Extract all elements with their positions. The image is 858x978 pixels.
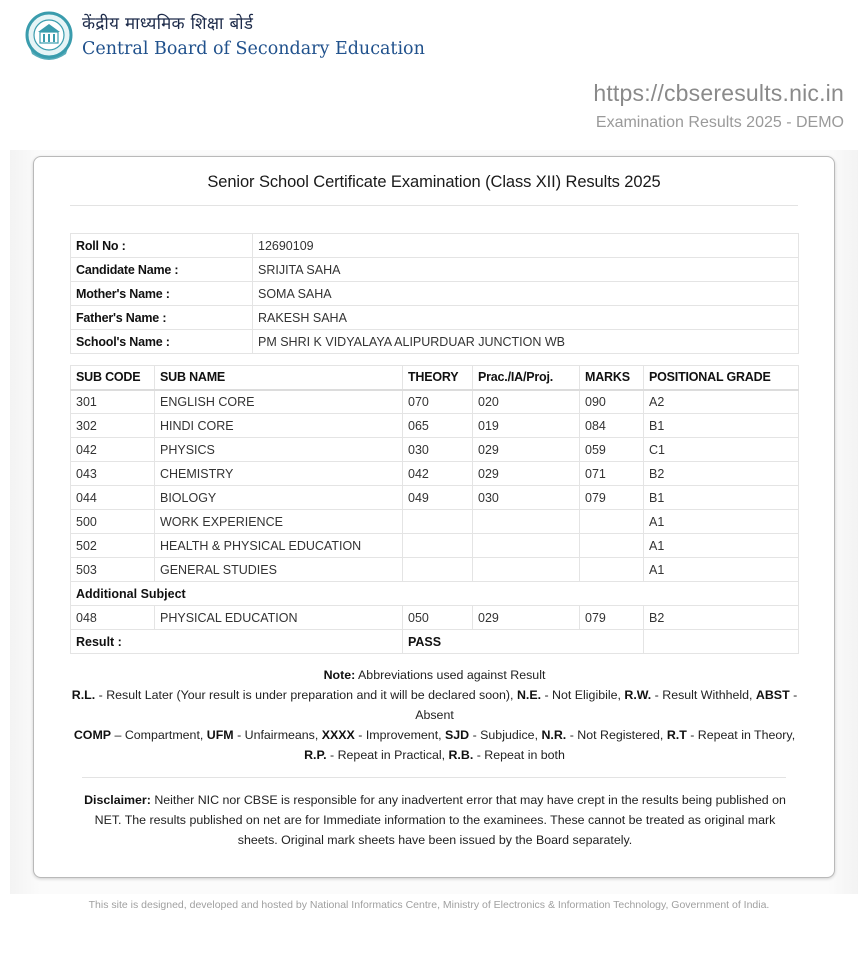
positional-grade: B1	[644, 486, 799, 510]
subject-row: 302HINDI CORE065019084B1	[71, 414, 799, 438]
disclaimer-heading: Disclaimer:	[84, 793, 151, 807]
theory-marks: 070	[403, 390, 473, 414]
abbreviations-note: Note: Abbreviations used against ResultR…	[70, 665, 799, 765]
brand-block: केंद्रीय माध्यमिक शिक्षा बोर्ड Central B…	[82, 12, 425, 61]
note-divider	[82, 777, 786, 778]
sub-code: 044	[71, 486, 155, 510]
theory-marks	[403, 534, 473, 558]
total-marks: 071	[580, 462, 644, 486]
practical-marks: 029	[473, 438, 580, 462]
total-marks: 090	[580, 390, 644, 414]
note-heading-text: Abbreviations used against Result	[355, 668, 545, 682]
marks-header-row: SUB CODE SUB NAME THEORY Prac./IA/Proj. …	[71, 366, 799, 390]
practical-marks	[473, 534, 580, 558]
sub-name: PHYSICS	[155, 438, 403, 462]
brand-name-hindi: केंद्रीय माध्यमिक शिक्षा बोर्ड	[82, 12, 425, 36]
abbr-meaning: - Repeat in Practical,	[327, 748, 449, 762]
sub-name: WORK EXPERIENCE	[155, 510, 403, 534]
subject-row: 503GENERAL STUDIESA1	[71, 558, 799, 582]
note-line: COMP – Compartment, UFM - Unfairmeans, X…	[70, 725, 799, 765]
header-grade: POSITIONAL GRADE	[644, 366, 799, 390]
total-marks: 084	[580, 414, 644, 438]
cbse-emblem-icon[interactable]	[24, 10, 74, 64]
sub-code: 301	[71, 390, 155, 414]
practical-marks: 019	[473, 414, 580, 438]
additional-subject-label: Additional Subject	[71, 582, 799, 606]
theory-marks: 042	[403, 462, 473, 486]
theory-marks: 065	[403, 414, 473, 438]
abbr-meaning: - Improvement,	[355, 728, 445, 742]
header-theory: THEORY	[403, 366, 473, 390]
subject-row: 043CHEMISTRY042029071B2	[71, 462, 799, 486]
subject-row: 048PHYSICAL EDUCATION050029079B2	[71, 606, 799, 630]
sub-name: CHEMISTRY	[155, 462, 403, 486]
sub-name: HINDI CORE	[155, 414, 403, 438]
practical-marks: 029	[473, 462, 580, 486]
candidate-info-table: Roll No :12690109Candidate Name :SRIJITA…	[70, 233, 799, 354]
additional-subject-row: Additional Subject	[71, 582, 799, 606]
positional-grade: A1	[644, 534, 799, 558]
total-marks: 079	[580, 606, 644, 630]
result-card: Senior School Certificate Examination (C…	[33, 156, 835, 878]
sub-name: PHYSICAL EDUCATION	[155, 606, 403, 630]
abbr-code: R.T	[667, 728, 687, 742]
note-heading: Note:	[324, 668, 356, 682]
positional-grade: B2	[644, 462, 799, 486]
positional-grade: B2	[644, 606, 799, 630]
practical-marks: 030	[473, 486, 580, 510]
site-footer: This site is designed, developed and hos…	[0, 899, 858, 911]
result-title: Senior School Certificate Examination (C…	[34, 173, 834, 192]
result-label: Result :	[71, 630, 403, 654]
note-line: R.L. - Result Later (Your result is unde…	[70, 685, 799, 725]
site-header: केंद्रीय माध्यमिक शिक्षा बोर्ड Central B…	[0, 0, 858, 150]
note-title: Note: Abbreviations used against Result	[70, 665, 799, 685]
abbr-code: COMP	[74, 728, 111, 742]
subject-row: 301ENGLISH CORE070020090A2	[71, 390, 799, 414]
info-label: Candidate Name :	[71, 258, 253, 282]
practical-marks	[473, 558, 580, 582]
sub-code: 048	[71, 606, 155, 630]
candidate-info-row: Mother's Name :SOMA SAHA	[71, 282, 799, 306]
header-marks: MARKS	[580, 366, 644, 390]
result-row: Result :PASS	[71, 630, 799, 654]
abbr-code: R.P.	[304, 748, 327, 762]
abbr-meaning: - Result Withheld,	[651, 688, 756, 702]
abbr-meaning: - Result Later (Your result is under pre…	[95, 688, 517, 702]
sub-code: 302	[71, 414, 155, 438]
abbr-code: ABST	[756, 688, 790, 702]
sub-code: 500	[71, 510, 155, 534]
sub-name: GENERAL STUDIES	[155, 558, 403, 582]
header-sub-code: SUB CODE	[71, 366, 155, 390]
theory-marks	[403, 558, 473, 582]
info-label: Mother's Name :	[71, 282, 253, 306]
brand-name-english: Central Board of Secondary Education	[82, 37, 425, 61]
info-label: Father's Name :	[71, 306, 253, 330]
abbr-meaning: - Repeat in Theory,	[687, 728, 795, 742]
header-practical: Prac./IA/Proj.	[473, 366, 580, 390]
abbr-meaning: - Not Registered,	[566, 728, 667, 742]
sub-code: 502	[71, 534, 155, 558]
abbr-code: N.R.	[541, 728, 566, 742]
result-status: PASS	[403, 630, 644, 654]
subject-row: 044BIOLOGY049030079B1	[71, 486, 799, 510]
disclaimer: Disclaimer: Neither NIC nor CBSE is resp…	[74, 790, 796, 850]
info-value: SOMA SAHA	[253, 282, 799, 306]
candidate-info-row: School's Name :PM SHRI K VIDYALAYA ALIPU…	[71, 330, 799, 354]
practical-marks: 020	[473, 390, 580, 414]
theory-marks: 049	[403, 486, 473, 510]
sub-code: 503	[71, 558, 155, 582]
positional-grade: C1	[644, 438, 799, 462]
subject-row: 500WORK EXPERIENCEA1	[71, 510, 799, 534]
theory-marks: 050	[403, 606, 473, 630]
subject-row: 502HEALTH & PHYSICAL EDUCATIONA1	[71, 534, 799, 558]
abbr-code: R.W.	[624, 688, 651, 702]
sub-name: BIOLOGY	[155, 486, 403, 510]
site-url: https://cbseresults.nic.in	[593, 80, 844, 107]
abbr-code: N.E.	[517, 688, 541, 702]
header-sub-name: SUB NAME	[155, 366, 403, 390]
abbr-meaning: - Unfairmeans,	[234, 728, 322, 742]
sub-code: 043	[71, 462, 155, 486]
disclaimer-text: Neither NIC nor CBSE is responsible for …	[95, 793, 786, 847]
subject-row: 042PHYSICS030029059C1	[71, 438, 799, 462]
positional-grade: A1	[644, 558, 799, 582]
title-divider	[70, 205, 798, 206]
sub-name: HEALTH & PHYSICAL EDUCATION	[155, 534, 403, 558]
abbr-meaning: - Repeat in both	[473, 748, 565, 762]
total-marks: 079	[580, 486, 644, 510]
abbr-code: UFM	[207, 728, 234, 742]
result-empty-cell	[644, 630, 799, 654]
candidate-info-row: Father's Name :RAKESH SAHA	[71, 306, 799, 330]
theory-marks	[403, 510, 473, 534]
sub-name: ENGLISH CORE	[155, 390, 403, 414]
total-marks	[580, 558, 644, 582]
practical-marks: 029	[473, 606, 580, 630]
info-label: School's Name :	[71, 330, 253, 354]
abbr-code: XXXX	[322, 728, 355, 742]
abbr-meaning: - Not Eligibile,	[541, 688, 624, 702]
total-marks: 059	[580, 438, 644, 462]
sub-code: 042	[71, 438, 155, 462]
info-value: SRIJITA SAHA	[253, 258, 799, 282]
abbr-meaning: - Subjudice,	[469, 728, 541, 742]
info-value: PM SHRI K VIDYALAYA ALIPURDUAR JUNCTION …	[253, 330, 799, 354]
positional-grade: A1	[644, 510, 799, 534]
info-value: 12690109	[253, 234, 799, 258]
total-marks	[580, 510, 644, 534]
site-subtitle: Examination Results 2025 - DEMO	[596, 114, 844, 132]
positional-grade: B1	[644, 414, 799, 438]
info-value: RAKESH SAHA	[253, 306, 799, 330]
abbr-code: R.L.	[72, 688, 95, 702]
positional-grade: A2	[644, 390, 799, 414]
candidate-info-row: Roll No :12690109	[71, 234, 799, 258]
total-marks	[580, 534, 644, 558]
info-label: Roll No :	[71, 234, 253, 258]
abbr-meaning: – Compartment,	[111, 728, 207, 742]
marks-table: SUB CODE SUB NAME THEORY Prac./IA/Proj. …	[70, 365, 799, 654]
theory-marks: 030	[403, 438, 473, 462]
abbr-code: SJD	[445, 728, 469, 742]
practical-marks	[473, 510, 580, 534]
abbr-code: R.B.	[448, 748, 473, 762]
candidate-info-row: Candidate Name :SRIJITA SAHA	[71, 258, 799, 282]
